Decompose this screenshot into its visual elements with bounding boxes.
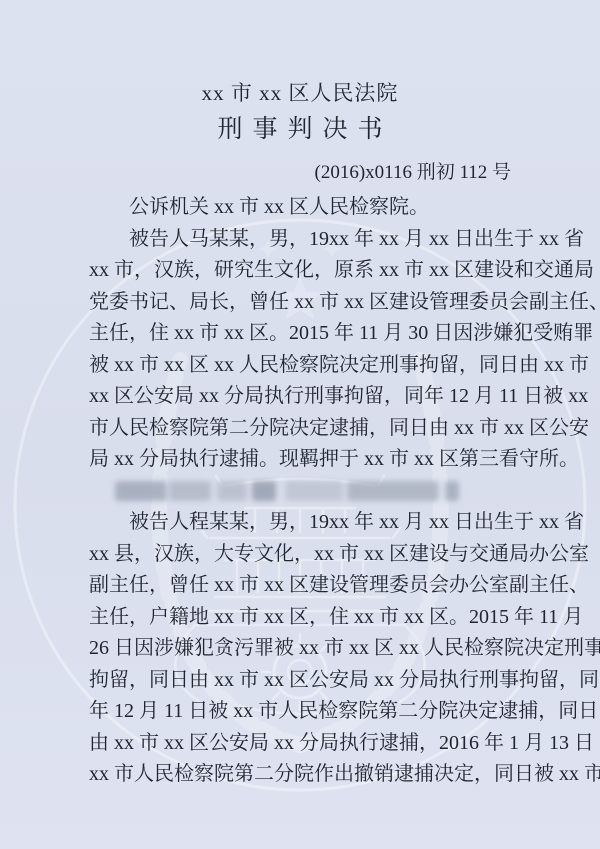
text-line: 主任，户籍地 xx 市 xx 区，住 xx 市 xx 区。2015 年 11 月 [89, 602, 511, 634]
text-line: 党委书记、局长，曾任 xx 市 xx 区建设管理委员会副主任、 [89, 287, 511, 319]
text-line: 局 xx 分局执行逮捕。现羁押于 xx 市 xx 区第三看守所。 [89, 444, 511, 476]
paragraph-defendant-cheng: 被告人程某某，男，19xx 年 xx 月 xx 日出生于 xx 省xx 县，汉族… [89, 507, 511, 791]
redaction-blur-blob [445, 481, 459, 501]
judgment-document-page: xx 市 xx 区人民法院 刑事判决书 (2016)x0116 刑初 112 号… [0, 0, 600, 849]
text-line: xx 区公安局 xx 分局执行刑事拘留，同年 12 月 11 日被 xx [89, 381, 511, 413]
redaction-blur-blob [285, 481, 343, 501]
text-line: 26 日因涉嫌犯贪污罪被 xx 市 xx 区 xx 人民检察院决定刑事 [89, 633, 511, 665]
text-line: xx 县，汉族，大专文化，xx 市 xx 区建设与交通局办公室 [89, 539, 511, 571]
text-line: xx 市，汉族，研究生文化，原系 xx 市 xx 区建设和交通局 [89, 255, 511, 287]
case-number: (2016)x0116 刑初 112 号 [89, 160, 511, 186]
court-name: xx 市 xx 区人民法院 [89, 78, 511, 108]
document-title: 刑事判决书 [89, 112, 511, 148]
redaction-blur-blob [217, 481, 247, 501]
text-line: 副主任，曾任 xx 市 xx 区建设管理委员会办公室副主任、 [89, 570, 511, 602]
text-line: 主任，住 xx 市 xx 区。2015 年 11 月 30 日因涉嫌犯受贿罪 [89, 318, 511, 350]
text-line: 被告人马某某，男，19xx 年 xx 月 xx 日出生于 xx 省 [89, 224, 511, 256]
text-line: 年 12 月 11 日被 xx 市人民检察院第二分院决定逮捕，同日 [89, 696, 511, 728]
redaction-blur-blob [347, 481, 439, 501]
text-line: 拘留，同日由 xx 市 xx 区公安局 xx 分局执行刑事拘留，同 [89, 665, 511, 697]
paragraph-redacted-line [89, 476, 511, 508]
paragraph-prosecution-organ: 公诉机关 xx 市 xx 区人民检察院。 [89, 192, 511, 224]
text-line: 市人民检察院第二分院决定逮捕，同日由 xx 市 xx 区公安 [89, 413, 511, 445]
text-line: 由 xx 市 xx 区公安局 xx 分局执行逮捕，2016 年 1 月 13 日 [89, 728, 511, 760]
redacted-line [89, 476, 511, 508]
text-line: 被 xx 市 xx 区 xx 人民检察院决定刑事拘留，同日由 xx 市 [89, 350, 511, 382]
text-line: xx 市人民检察院第二分院作出撤销逮捕决定，同日被 xx 市 [89, 759, 511, 791]
text-line: 被告人程某某，男，19xx 年 xx 月 xx 日出生于 xx 省 [89, 507, 511, 539]
redaction-blur-blob [115, 481, 167, 501]
document-content: xx 市 xx 区人民法院 刑事判决书 (2016)x0116 刑初 112 号… [0, 0, 600, 791]
document-body: 公诉机关 xx 市 xx 区人民检察院。 被告人马某某，男，19xx 年 xx … [89, 192, 511, 791]
redaction-blur-blob [252, 481, 276, 501]
redaction-blur-blob [169, 481, 211, 501]
text-line: 公诉机关 xx 市 xx 区人民检察院。 [89, 192, 511, 224]
paragraph-defendant-ma: 被告人马某某，男，19xx 年 xx 月 xx 日出生于 xx 省xx 市，汉族… [89, 224, 511, 476]
